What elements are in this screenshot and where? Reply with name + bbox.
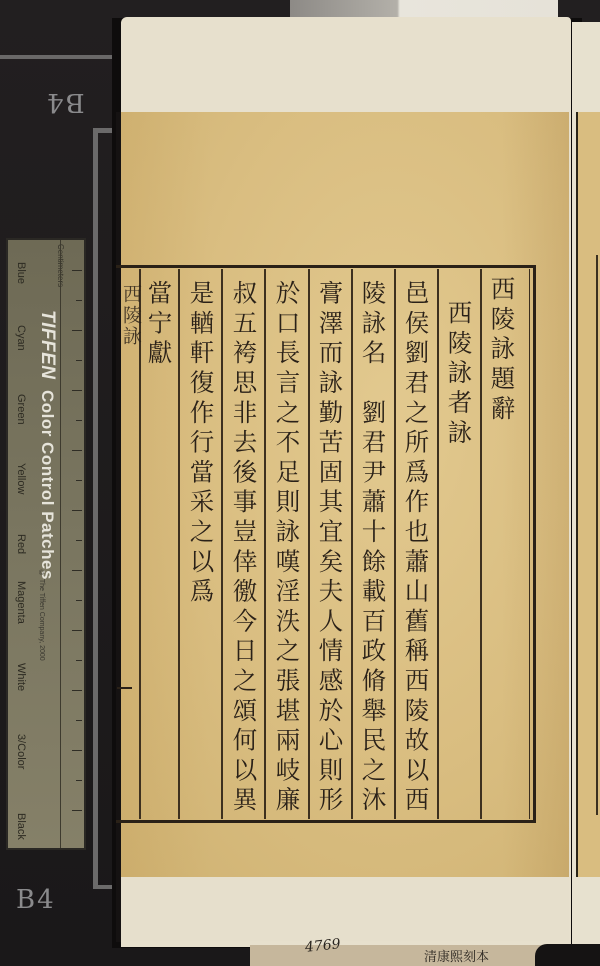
- backdrop-edge: [0, 55, 125, 59]
- card-brand: TIFFEN: [37, 310, 58, 380]
- card-title: Color Control Patches: [38, 390, 57, 580]
- patch-label: Yellow: [15, 463, 27, 494]
- column-rule: [139, 269, 141, 819]
- facing-page-rule: [596, 255, 598, 815]
- text-column: 膏澤而詠勤苦固其宜矣夫人情感於心則形: [317, 280, 342, 816]
- card-ruler: [60, 240, 82, 848]
- catalog-note: 清康熙刻本: [424, 946, 489, 965]
- patch-label: Blue: [15, 262, 27, 284]
- patch-label: Magenta: [15, 581, 27, 624]
- endpaper-bottom: [121, 877, 569, 941]
- column-rule: [178, 269, 180, 819]
- text-column: 西陵詠者詠: [446, 300, 471, 449]
- card-brand-title: TIFFEN Color Control Patches: [36, 310, 58, 580]
- shelf-mark-bottom: B4: [16, 885, 56, 915]
- column-rule: [394, 269, 396, 819]
- scan-corner-shadow: [535, 944, 600, 966]
- color-control-card: Centimeters Blue Cyan Green Yellow Red M…: [6, 238, 86, 850]
- margin-title: 西陵詠: [118, 284, 145, 347]
- patch-label: Green: [15, 394, 27, 425]
- column-rule: [437, 269, 439, 819]
- card-copyright: © The Tiffen Company, 2000: [38, 570, 45, 661]
- text-column: 當宁獻: [146, 280, 171, 369]
- patch-label: 3/Color: [15, 734, 27, 769]
- patch-label: Red: [15, 534, 27, 554]
- column-rule: [264, 269, 266, 819]
- column-rule: [221, 269, 223, 819]
- patch-label: Cyan: [15, 325, 27, 351]
- text-column: 是輶軒復作行當采之以爲: [188, 280, 213, 608]
- text-column: 叔五袴思非去後事豈倖徼今日之頌何以異: [231, 280, 256, 816]
- backdrop-frame: [93, 128, 98, 888]
- text-column-title: 西陵詠題辭: [489, 276, 514, 425]
- patch-label: White: [15, 663, 27, 691]
- text-column: 於口長言之不足則詠嘆淫泆之張堪兩岐廉: [274, 280, 299, 816]
- text-column: 邑侯劉君之所爲作也蕭山舊稱西陵故以西: [403, 280, 428, 816]
- shelf-mark-top: B4: [45, 87, 85, 117]
- margin-page-number: [117, 687, 132, 689]
- column-rule: [480, 269, 482, 819]
- column-rule: [308, 269, 310, 819]
- card-patch-labels: Blue Cyan Green Yellow Red Magenta White…: [15, 262, 27, 840]
- patch-label: Black: [15, 813, 27, 840]
- column-rule: [351, 269, 353, 819]
- text-column: 陵詠名 劉君尹蕭十餘載百政脩舉民之沐: [360, 280, 385, 816]
